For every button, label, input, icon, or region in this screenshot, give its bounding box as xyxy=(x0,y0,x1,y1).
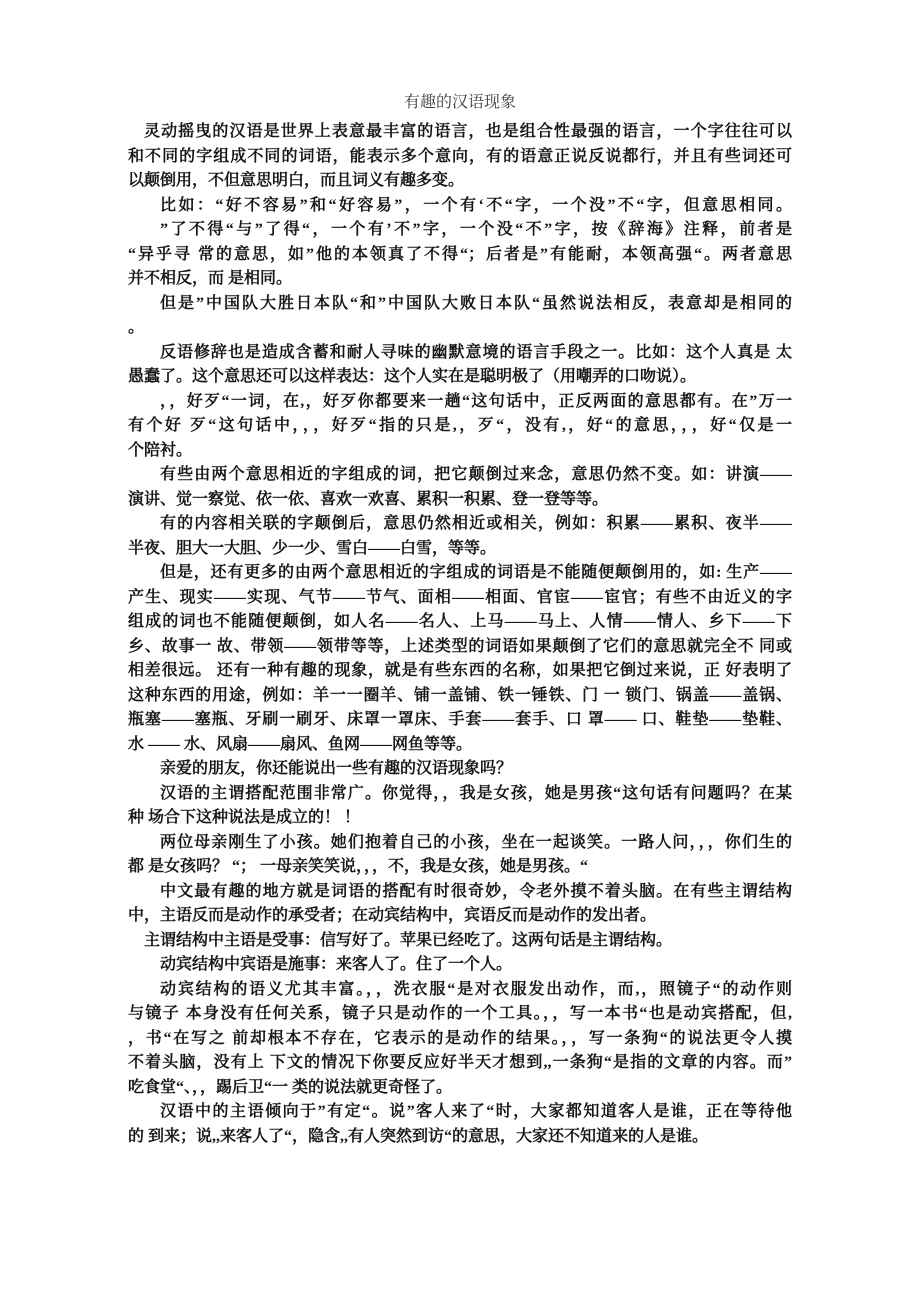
document-body: 灵动摇曳的汉语是世界上表意最丰富的语言，也是组合性最强的语言，一个字往往可以和不… xyxy=(128,120,792,1149)
text-line: ”了不得“与”了得“，一个有’不”字，一个没“不”字，按《辞海》注释，前者是 xyxy=(128,218,792,243)
text-line: 吃食堂“、，，踢后卫“一 类的说法就更奇怪了。 xyxy=(128,1076,792,1101)
text-line: 中，主语反而是动作的承受者；在动宾结构中，宾语反而是动作的发出者。 xyxy=(128,904,792,929)
text-line: 中文最有趣的地方就是词语的搭配有时很奇妙，令老外摸不着头脑。在有些主谓结构 xyxy=(128,880,792,905)
text-line: 演讲、觉一察觉、依一依、喜欢一欢喜、累积一积累、登一登等等。 xyxy=(128,488,792,513)
text-line: 动宾结构中宾语是施事：来客人了。住了一个人。 xyxy=(128,953,792,978)
paragraph: 中文最有趣的地方就是词语的搭配有时很奇妙，令老外摸不着头脑。在有些主谓结构中，主… xyxy=(128,880,792,929)
text-line: 与镜子 本身没有任何关系，镜子只是动作的一个工具。，，写一本书“也是动宾搭配，但… xyxy=(128,1002,792,1027)
text-line: 个陪衬。 xyxy=(128,439,792,464)
text-line: 乡、故事一 故、带领——领带等等，上述类型的词语如果颠倒了它们的意思就完全不 同… xyxy=(128,635,792,660)
text-line: 都 是女孩吗？ “； 一母亲笑笑说，，，不，我是女孩，她是男孩。“ xyxy=(128,855,792,880)
paragraph: 动宾结构的语义尤其丰富。，，洗衣服“是对衣服发出动作，而,，照镜子“的动作则与镜… xyxy=(128,978,792,1101)
paragraph: 亲爱的朋友，你还能说出一些有趣的汉语现象吗？ xyxy=(128,757,792,782)
paragraph: 汉语中的主语倾向于”有定“。说”客人来了“时，大家都知道客人是谁，正在等待他的 … xyxy=(128,1100,792,1149)
text-line: 汉语的主谓搭配范围非常广。你觉得，，我是女孩，她是男孩“这句话有问题吗？在某 xyxy=(128,782,792,807)
text-line: 两位母亲刚生了小孩。她们抱着自己的小孩，坐在一起谈笑。一路人问，，，你们生的 xyxy=(128,831,792,856)
text-line: 和不同的字组成不同的词语，能表示多个意向，有的语意正说反说都行，并且有些词还可 xyxy=(128,145,792,170)
text-line: 有些由两个意思相近的字组成的词，把它颠倒过来念，意思仍然不变。如：讲演—— xyxy=(128,463,792,488)
paragraph: 两位母亲刚生了小孩。她们抱着自己的小孩，坐在一起谈笑。一路人问，，，你们生的都 … xyxy=(128,831,792,880)
text-line: 半夜、胆大一大胆、少一少、雪白——白雪，等等。 xyxy=(128,537,792,562)
text-line: 种 场合下这种说法是成立的！ ！ xyxy=(128,806,792,831)
paragraph: 汉语的主谓搭配范围非常广。你觉得，，我是女孩，她是男孩“这句话有问题吗？在某种 … xyxy=(128,782,792,831)
text-line: 以颠倒用，不但意思明白，而且词义有趣多变。 xyxy=(128,169,792,194)
text-line: 相差很远。 还有一种有趣的现象，就是有些东西的名称，如果把它倒过来说，正 好表明… xyxy=(128,659,792,684)
text-line: 比如：“好不容易”和“好容易”，一个有‘不“字，一个没”不“字，但意思相同。 xyxy=(128,194,792,219)
paragraph: ”了不得“与”了得“，一个有’不”字，一个没“不”字，按《辞海》注释，前者是“异… xyxy=(128,218,792,292)
document-title: 有趣的汉语现象 xyxy=(128,90,792,116)
text-line: 瓶塞——塞瓶、牙刷一刷牙、床罩一罩床、手套——套手、口 罩—— 口、鞋垫——垫鞋… xyxy=(128,708,792,733)
text-line: 但是”中国队大胜日本队“和”中国队大败日本队“虽然说法相反，表意却是相同的 xyxy=(128,292,792,317)
text-line: 的 到来；说,,来客人了“，隐含,,有人突然到访“的意思，大家还不知道来的人是谁… xyxy=(128,1125,792,1150)
paragraph: 但是”中国队大胜日本队“和”中国队大败日本队“虽然说法相反，表意却是相同的。 xyxy=(128,292,792,341)
text-line: 组成的词也不能随便颠倒，如人名——名人、上马——马上、人情——情人、乡下——下 xyxy=(128,610,792,635)
paragraph: 灵动摇曳的汉语是世界上表意最丰富的语言，也是组合性最强的语言，一个字往往可以和不… xyxy=(128,120,792,194)
text-line: 主谓结构中主语是受事：信写好了。苹果已经吃了。这两句话是主谓结构。 xyxy=(128,929,792,954)
text-line: 灵动摇曳的汉语是世界上表意最丰富的语言，也是组合性最强的语言，一个字往往可以 xyxy=(128,120,792,145)
text-line: 。 xyxy=(128,316,792,341)
text-line: 动宾结构的语义尤其丰富。，，洗衣服“是对衣服发出动作，而,，照镜子“的动作则 xyxy=(128,978,792,1003)
paragraph: 主谓结构中主语是受事：信写好了。苹果已经吃了。这两句话是主谓结构。 xyxy=(128,929,792,954)
paragraph: 反语修辞也是造成含蓄和耐人寻味的幽默意境的语言手段之一。比如：这个人真是 太愚蠢… xyxy=(128,341,792,390)
paragraph: 动宾结构中宾语是施事：来客人了。住了一个人。 xyxy=(128,953,792,978)
text-line: 愚蠢了。这个意思还可以这样表达：这个人实在是聪明极了（用嘲弄的口吻说）。 xyxy=(128,365,792,390)
document-page: 有趣的汉语现象 灵动摇曳的汉语是世界上表意最丰富的语言，也是组合性最强的语言，一… xyxy=(0,0,920,1302)
text-line: 有的内容相关联的字颠倒后，意思仍然相近或相关，例如：积累——累积、夜半—— xyxy=(128,512,792,537)
text-line: 这种东西的用途，例如：羊一一圈羊、铺一盖铺、铁一锤铁、门 一 锁门、锅盖——盖锅… xyxy=(128,684,792,709)
paragraph: 比如：“好不容易”和“好容易”，一个有‘不“字，一个没”不“字，但意思相同。 xyxy=(128,194,792,219)
text-line: 水 —— 水、风扇——扇风、鱼网——网鱼等等。 xyxy=(128,733,792,758)
paragraph: 有些由两个意思相近的字组成的词，把它颠倒过来念，意思仍然不变。如：讲演——演讲、… xyxy=(128,463,792,512)
text-line: “异乎寻 常的意思，如”他的本领真了不得“；后者是”有能耐，本领高强“。两者意思 xyxy=(128,243,792,268)
text-line: 反语修辞也是造成含蓄和耐人寻味的幽默意境的语言手段之一。比如：这个人真是 太 xyxy=(128,341,792,366)
text-line: 亲爱的朋友，你还能说出一些有趣的汉语现象吗？ xyxy=(128,757,792,782)
paragraph: 有的内容相关联的字颠倒后，意思仍然相近或相关，例如：积累——累积、夜半——半夜、… xyxy=(128,512,792,561)
text-line: ，，好歹“一词，在,，好歹你都要来一趟“这句话中，正反两面的意思都有。在”万一 xyxy=(128,390,792,415)
text-line: 不着头脑，没有上 下文的情况下你要反应好半天才想到,,一条狗“是指的文章的内容。… xyxy=(128,1051,792,1076)
text-line: 汉语中的主语倾向于”有定“。说”客人来了“时，大家都知道客人是谁，正在等待他 xyxy=(128,1100,792,1125)
text-line: 有个好 歹“这句话中，，，好歹“指的只是,，歹“，没有,，好“的意思，，，好“仅… xyxy=(128,414,792,439)
paragraph: 但是，还有更多的由两个意思相近的字组成的词语是不能随便颠倒用的，如: 生产——产… xyxy=(128,561,792,757)
text-line: 并不相反，而 是相同。 xyxy=(128,267,792,292)
text-line: 产生、现实——实现、气节——节气、面相——相面、官宦——宦官；有些不由近义的字 xyxy=(128,586,792,611)
text-line: ，书“在写之 前却根本不存在，它表示的是动作的结果。，，写一条狗“的说法更令人摸 xyxy=(128,1027,792,1052)
paragraph: ，，好歹“一词，在,，好歹你都要来一趟“这句话中，正反两面的意思都有。在”万一有… xyxy=(128,390,792,464)
text-line: 但是，还有更多的由两个意思相近的字组成的词语是不能随便颠倒用的，如: 生产—— xyxy=(128,561,792,586)
